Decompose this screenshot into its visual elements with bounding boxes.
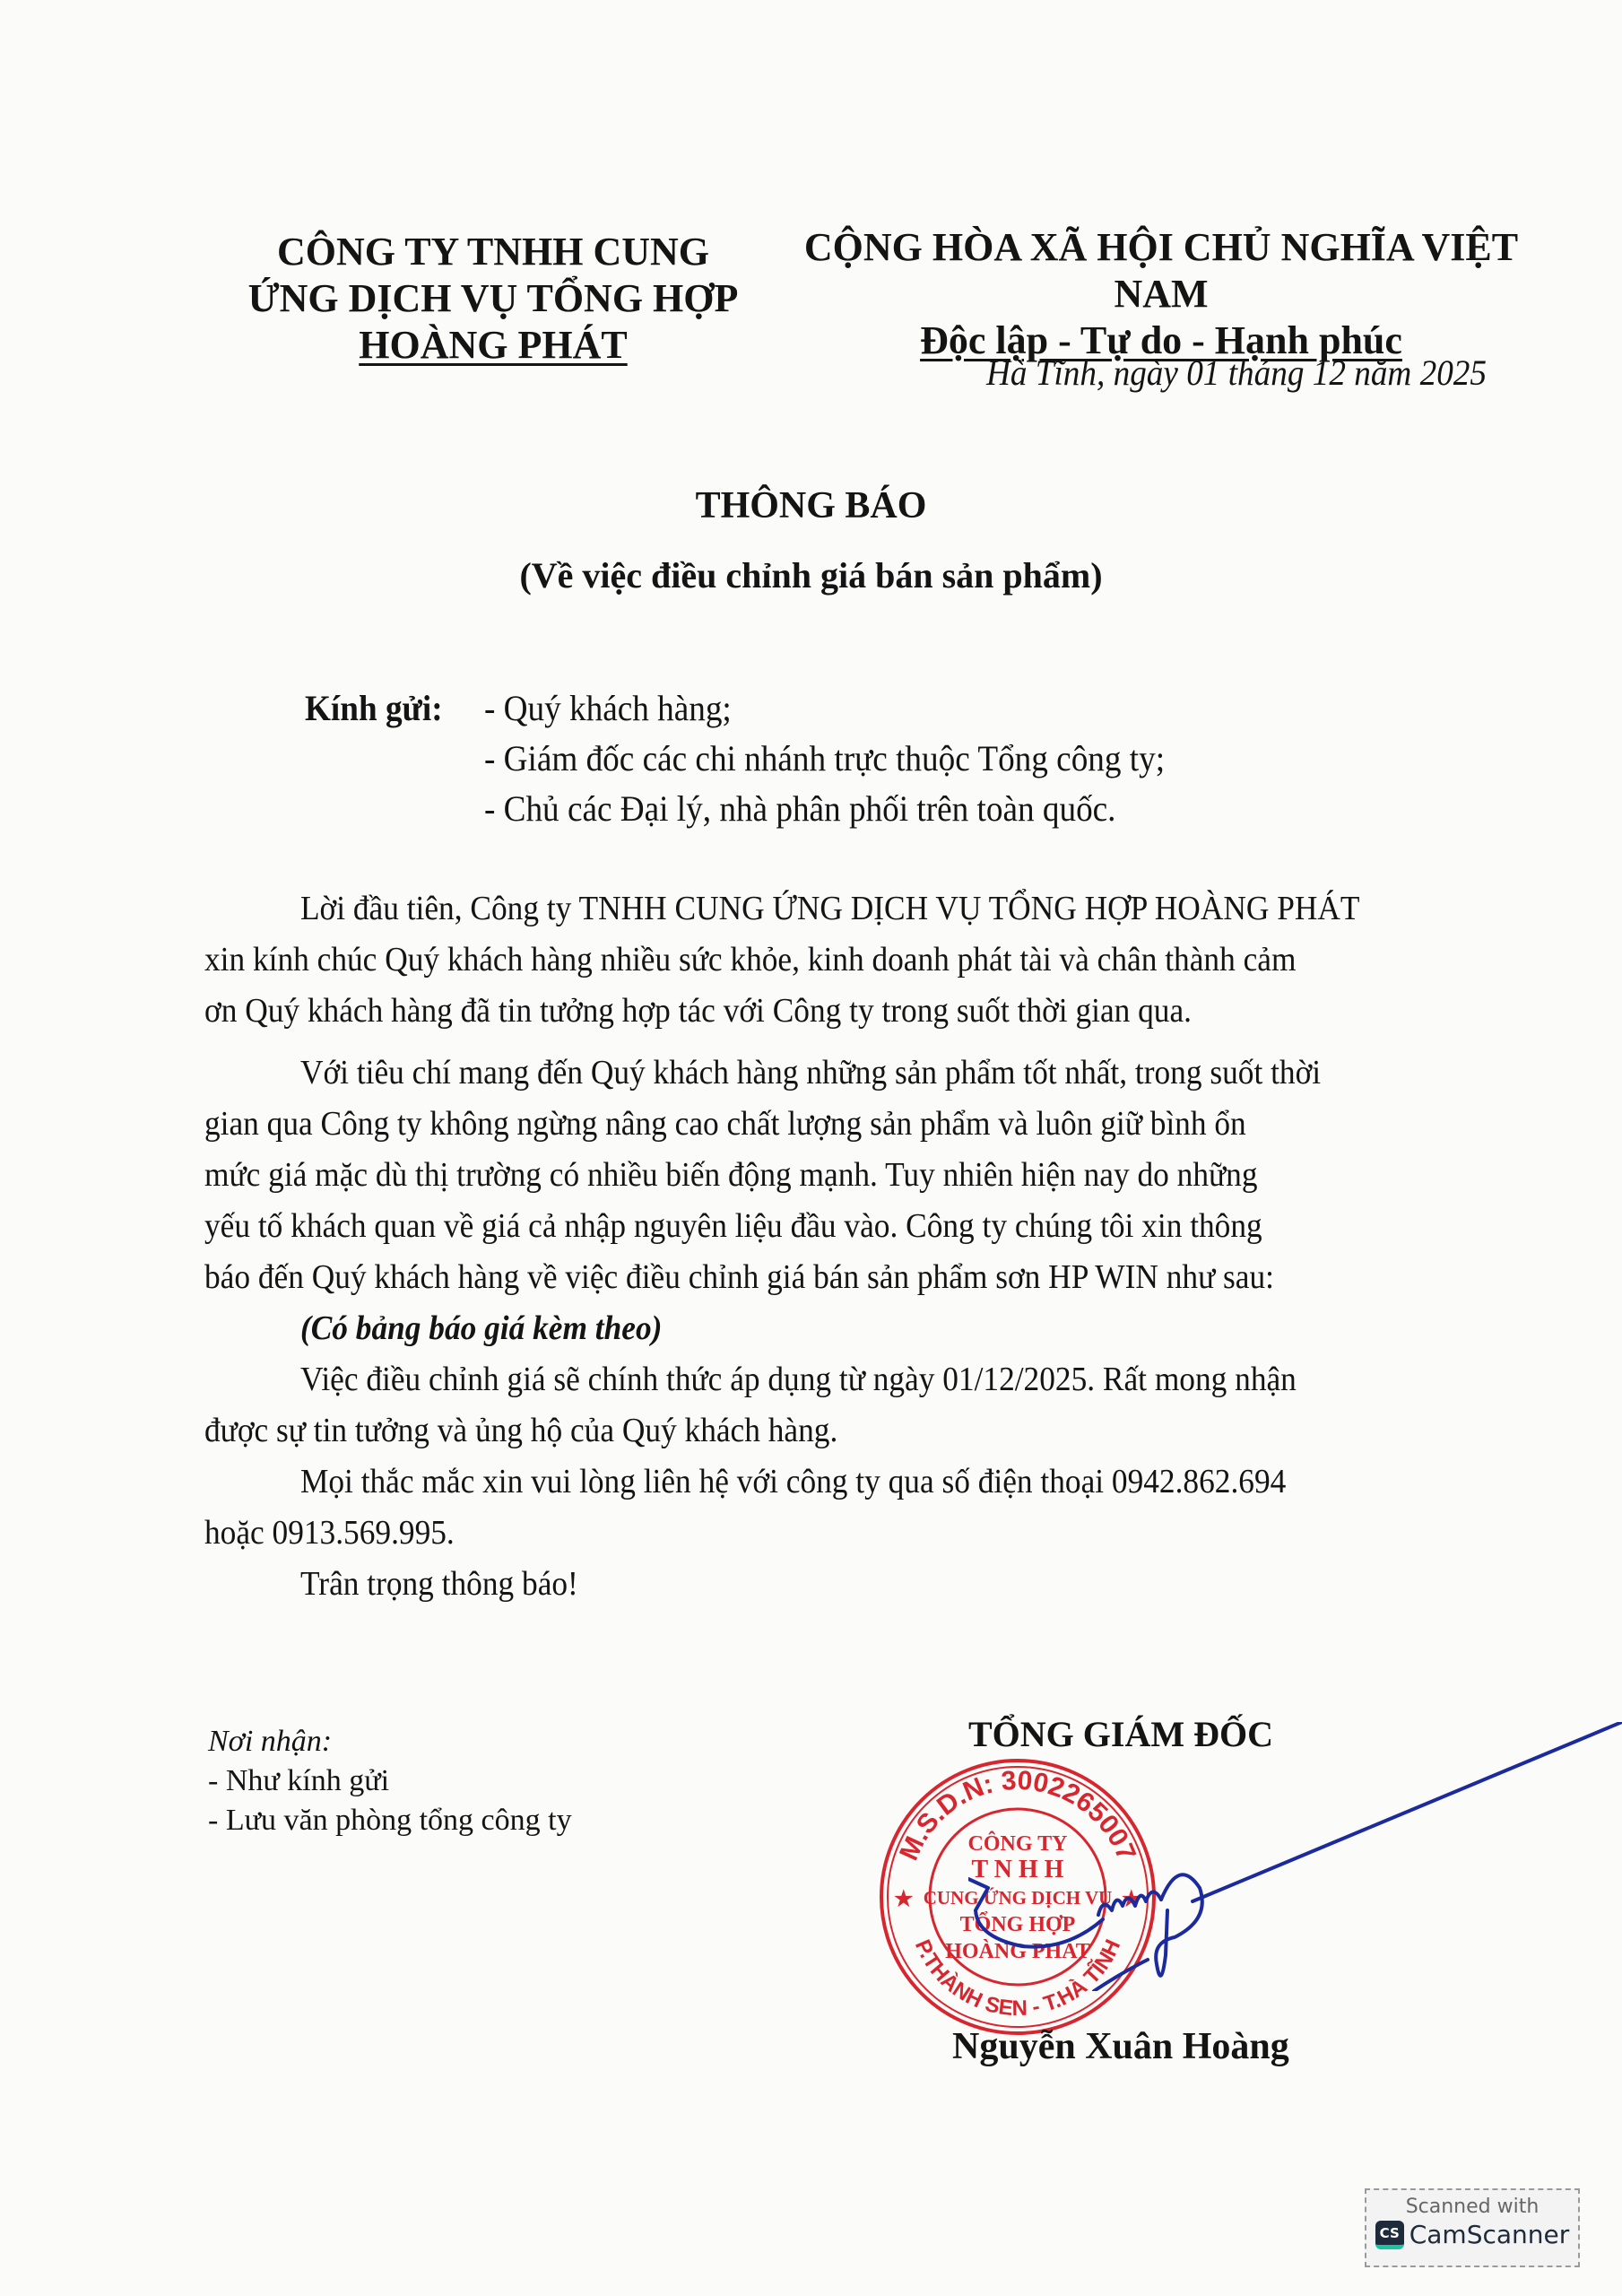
- body-line: yếu tố khách quan về giá cả nhập nguyên …: [204, 1201, 1262, 1252]
- recipients-footer-label: Nơi nhận:: [208, 1722, 572, 1761]
- date-line: Hà Tĩnh, ngày 01 tháng 12 năm 2025: [986, 352, 1487, 394]
- company-header: CÔNG TY TNHH CUNG ỨNG DỊCH VỤ TỔNG HỢP H…: [224, 229, 762, 369]
- recipients-label: Kính gửi:: [305, 683, 443, 734]
- recipients-footer-item: - Như kính gửi: [208, 1761, 572, 1801]
- recipients-footer-item: - Lưu văn phòng tổng công ty: [208, 1801, 572, 1840]
- company-line-1: CÔNG TY TNHH CUNG: [224, 229, 762, 275]
- body-text: Lời đầu tiên, Công ty TNHH CUNG ỨNG DỊCH…: [204, 883, 1539, 1601]
- body-line: Mọi thắc mắc xin vui lòng liên hệ với cô…: [300, 1457, 1286, 1508]
- recipients-footer: Nơi nhận: - Như kính gửi - Lưu văn phòng…: [208, 1722, 572, 1840]
- recipient-item: - Chủ các Đại lý, nhà phân phối trên toà…: [484, 784, 1116, 834]
- signer-name: Nguyễn Xuân Hoàng: [952, 2025, 1289, 2068]
- nation-title: CỘNG HÒA XÃ HỘI CHỦ NGHĨA VIỆT NAM: [758, 224, 1565, 317]
- recipient-item: - Giám đốc các chi nhánh trực thuộc Tổng…: [484, 734, 1165, 784]
- star-icon: ★: [894, 1887, 914, 1911]
- document-title: THÔNG BÁO: [0, 484, 1622, 527]
- body-line: Việc điều chỉnh giá sẽ chính thức áp dụn…: [300, 1354, 1297, 1405]
- body-line: Trân trọng thông báo!: [300, 1559, 578, 1610]
- body-line: báo đến Quý khách hàng về việc điều chỉn…: [204, 1252, 1274, 1303]
- body-line: ơn Quý khách hàng đã tin tưởng hợp tác v…: [204, 986, 1192, 1037]
- watermark-brand: CamScanner: [1409, 2220, 1570, 2249]
- nation-header: CỘNG HÒA XÃ HỘI CHỦ NGHĨA VIỆT NAM Độc l…: [758, 224, 1565, 364]
- watermark-top-text: Scanned with: [1366, 2196, 1578, 2218]
- company-line-3: HOÀNG PHÁT: [359, 322, 627, 369]
- recipient-item: - Quý khách hàng;: [484, 683, 732, 734]
- body-line: hoặc 0913.569.995.: [204, 1508, 455, 1559]
- document-subtitle: (Về việc điều chỉnh giá bán sản phẩm): [0, 554, 1622, 596]
- camscanner-watermark: Scanned with CS CamScanner: [1365, 2188, 1580, 2267]
- body-line: gian qua Công ty không ngừng nâng cao ch…: [204, 1099, 1246, 1150]
- body-line: Lời đầu tiên, Công ty TNHH CUNG ỨNG DỊCH…: [300, 883, 1360, 935]
- body-line: Với tiêu chí mang đến Quý khách hàng nhữ…: [300, 1048, 1321, 1099]
- body-line: mức giá mặc dù thị trường có nhiều biến …: [204, 1150, 1257, 1201]
- body-line: xin kính chúc Quý khách hàng nhiều sức k…: [204, 935, 1296, 986]
- body-line-attachment-note: (Có bảng báo giá kèm theo): [300, 1303, 662, 1354]
- camscanner-logo-icon: CS: [1375, 2221, 1404, 2249]
- body-line: được sự tin tưởng và ủng hộ của Quý khác…: [204, 1405, 837, 1457]
- company-line-2: ỨNG DỊCH VỤ TỔNG HỢP: [224, 275, 762, 322]
- signature-scribble: [968, 1722, 1622, 1991]
